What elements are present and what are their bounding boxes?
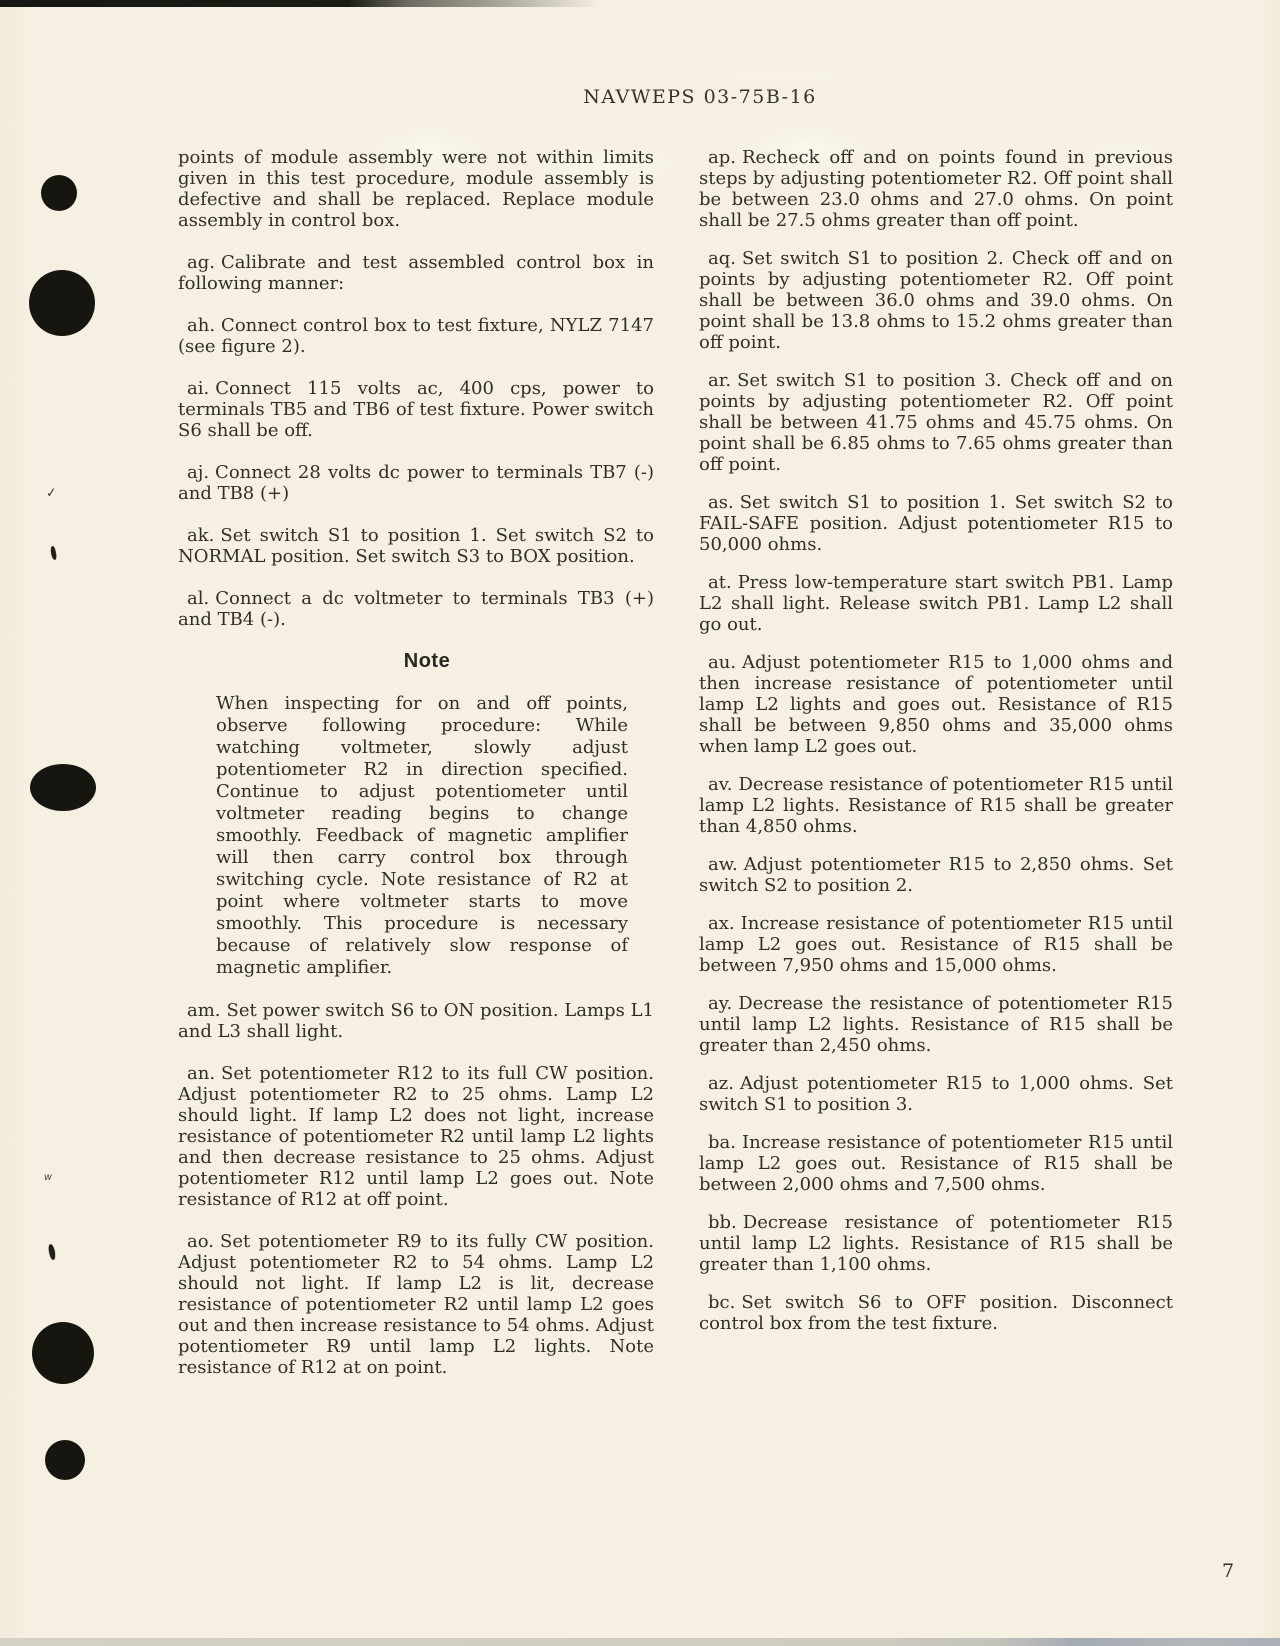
paragraph-ah: ah.Connect control box to test fixture, … — [178, 315, 654, 357]
manual-page: NAVWEPS 03-75B-16 points of module assem… — [0, 0, 1280, 1646]
bleed-through-artifact — [620, 62, 950, 88]
paragraph-au: au.Adjust potentiometer R15 to 1,000 ohm… — [699, 652, 1173, 757]
paragraph-az: az.Adjust potentiometer R15 to 1,000 ohm… — [699, 1073, 1173, 1115]
step-label: au. — [708, 652, 736, 673]
step-label: ak. — [187, 525, 214, 546]
paragraph-aw: aw.Adjust potentiometer R15 to 2,850 ohm… — [699, 854, 1173, 896]
step-label: aw. — [708, 854, 738, 875]
step-label: az. — [708, 1073, 734, 1094]
paragraph-ap: ap.Recheck off and on points found in pr… — [699, 147, 1173, 231]
step-label: ai. — [187, 378, 209, 399]
paragraph-ax: ax.Increase resistance of potentiometer … — [699, 913, 1173, 976]
paragraph-an: an.Set potentiometer R12 to its full CW … — [178, 1063, 654, 1210]
paragraph-ay: ay.Decrease the resistance of potentiome… — [699, 993, 1173, 1056]
paragraph-ao: ao.Set potentiometer R9 to its fully CW … — [178, 1231, 654, 1378]
page-header: NAVWEPS 03-75B-16 — [120, 86, 1280, 108]
paragraph-bb: bb.Decrease resistance of potentiometer … — [699, 1212, 1173, 1275]
paragraph-as: as.Set switch S1 to position 1. Set swit… — [699, 492, 1173, 555]
step-label: av. — [708, 774, 733, 795]
step-label: aq. — [708, 248, 736, 269]
step-label: ag. — [187, 252, 215, 273]
paragraph-ag: ag.Calibrate and test assembled control … — [178, 252, 654, 294]
paragraph-ar: ar.Set switch S1 to position 3. Check of… — [699, 370, 1173, 475]
step-label: ao. — [187, 1231, 214, 1252]
ink-blot-artifact — [50, 546, 58, 561]
note-body: When inspecting for on and off points, o… — [216, 693, 628, 979]
punch-dot — [30, 764, 96, 811]
step-label: ba. — [708, 1132, 736, 1153]
ink-blot-artifact — [47, 1244, 57, 1261]
step-label: ay. — [708, 993, 732, 1014]
paragraph-bc: bc.Set switch S6 to OFF position. Discon… — [699, 1292, 1173, 1334]
step-label: am. — [187, 1000, 221, 1021]
step-label: as. — [708, 492, 734, 513]
step-label: ar. — [708, 370, 731, 391]
paragraph-ai: ai.Connect 115 volts ac, 400 cps, power … — [178, 378, 654, 441]
step-label: at. — [708, 572, 732, 593]
paragraph-ak: ak.Set switch S1 to position 1. Set swit… — [178, 525, 654, 567]
paragraph-av: av.Decrease resistance of potentiometer … — [699, 774, 1173, 837]
step-label: an. — [187, 1063, 215, 1084]
punch-dot — [29, 270, 95, 336]
paragraph-al: al.Connect a dc voltmeter to terminals T… — [178, 588, 654, 630]
note-heading: Note — [178, 651, 654, 672]
paragraph-ba: ba.Increase resistance of potentiometer … — [699, 1132, 1173, 1195]
punch-dot — [45, 1440, 85, 1480]
punch-dot — [41, 175, 77, 211]
step-label: ax. — [708, 913, 735, 934]
paragraph-am: am.Set power switch S6 to ON position. L… — [178, 1000, 654, 1042]
step-label: aj. — [187, 462, 209, 483]
paragraph-aq: aq.Set switch S1 to position 2. Check of… — [699, 248, 1173, 353]
punch-dot — [32, 1322, 94, 1384]
step-label: al. — [187, 588, 209, 609]
step-label: ap. — [708, 147, 736, 168]
step-label: bb. — [708, 1212, 737, 1233]
paragraph-at: at.Press low-temperature start switch PB… — [699, 572, 1173, 635]
left-column: points of module assembly were not withi… — [178, 147, 654, 1399]
paragraph-continuation: points of module assembly were not withi… — [178, 147, 654, 231]
scan-bottom-edge — [0, 1638, 1280, 1646]
step-label: ah. — [187, 315, 215, 336]
check-mark-artifact: ✓ — [45, 485, 57, 501]
page-number: 7 — [1222, 1560, 1234, 1582]
pencil-mark-artifact: w — [44, 1172, 53, 1184]
scan-top-edge — [0, 0, 600, 7]
step-label: bc. — [708, 1292, 735, 1313]
right-column: ap.Recheck off and on points found in pr… — [699, 147, 1173, 1351]
paragraph-aj: aj.Connect 28 volts dc power to terminal… — [178, 462, 654, 504]
